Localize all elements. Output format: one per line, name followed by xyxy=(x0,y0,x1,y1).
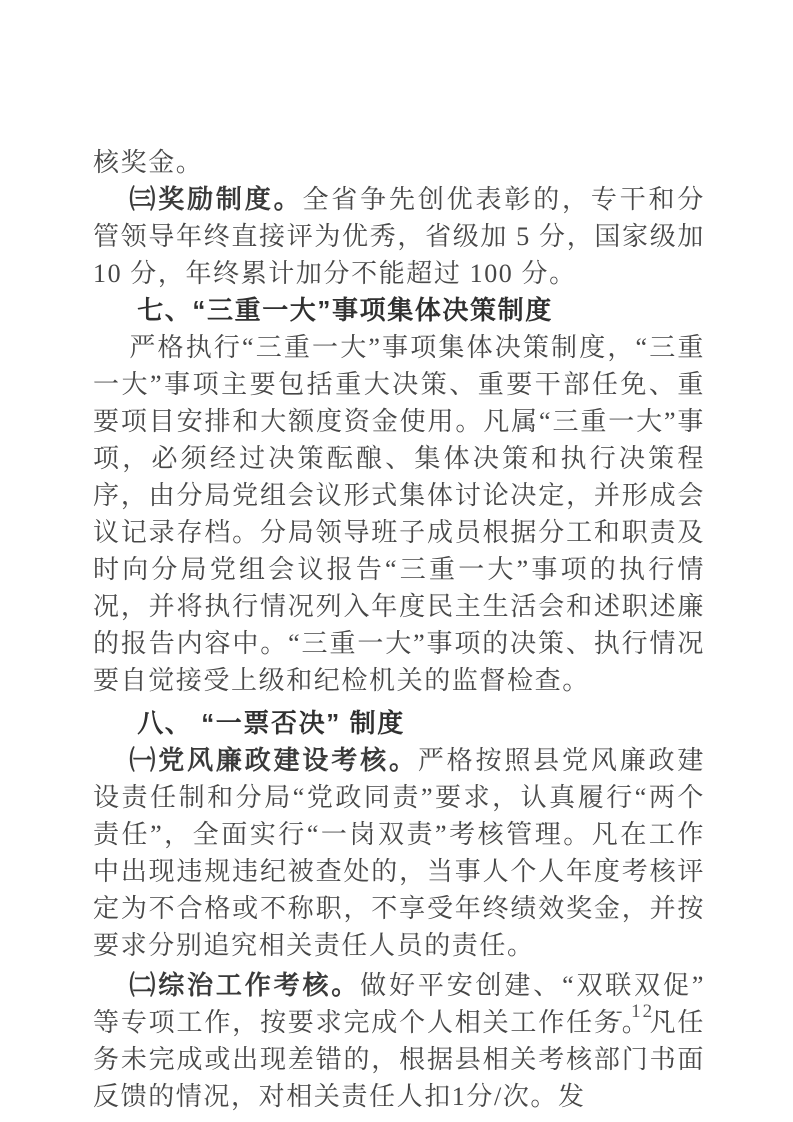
section-heading-eight: 八、 “一票否决” 制度 xyxy=(93,705,705,742)
paragraph-collective-decision: 严格执行“三重一大”事项集体决策制度，“三重一大”事项主要包括重大决策、重要干部… xyxy=(93,329,705,699)
document-body: 核奖金。 ㈢奖励制度。全省争先创优表彰的，专干和分管领导年终直接评为优秀，省级加… xyxy=(93,144,705,1115)
paragraph-reward-system-lead: ㈢奖励制度。 xyxy=(129,184,302,214)
paragraph-party-conduct-assessment: ㈠党风廉政建设考核。严格按照县党风廉政建设责任制和分局“党政同责”要求，认真履行… xyxy=(93,742,705,964)
paragraph-party-conduct-assessment-text: 严格按照县党风廉政建设责任制和分局“党政同责”要求，认真履行“两个责任”，全面实… xyxy=(93,746,705,960)
paragraph-party-conduct-assessment-lead: ㈠党风廉政建设考核。 xyxy=(129,745,417,775)
paragraph-reward-system: ㈢奖励制度。全省争先创优表彰的，专干和分管领导年终直接评为优秀，省级加 5 分，… xyxy=(93,181,705,292)
paragraph-comprehensive-governance-assessment: ㈡综治工作考核。做好平安创建、“双联双促”等专项工作，按要求完成个人相关工作任务… xyxy=(93,967,705,1115)
document-page: 核奖金。 ㈢奖励制度。全省争先创优表彰的，专干和分管领导年终直接评为优秀，省级加… xyxy=(0,0,793,1122)
page-number: - 12 - xyxy=(616,1000,669,1024)
paragraph-comprehensive-governance-assessment-lead: ㈡综治工作考核。 xyxy=(129,970,360,1000)
section-heading-seven: 七、“三重一大”事项集体决策制度 xyxy=(93,292,705,329)
paragraph-continuation: 核奖金。 xyxy=(93,144,705,181)
